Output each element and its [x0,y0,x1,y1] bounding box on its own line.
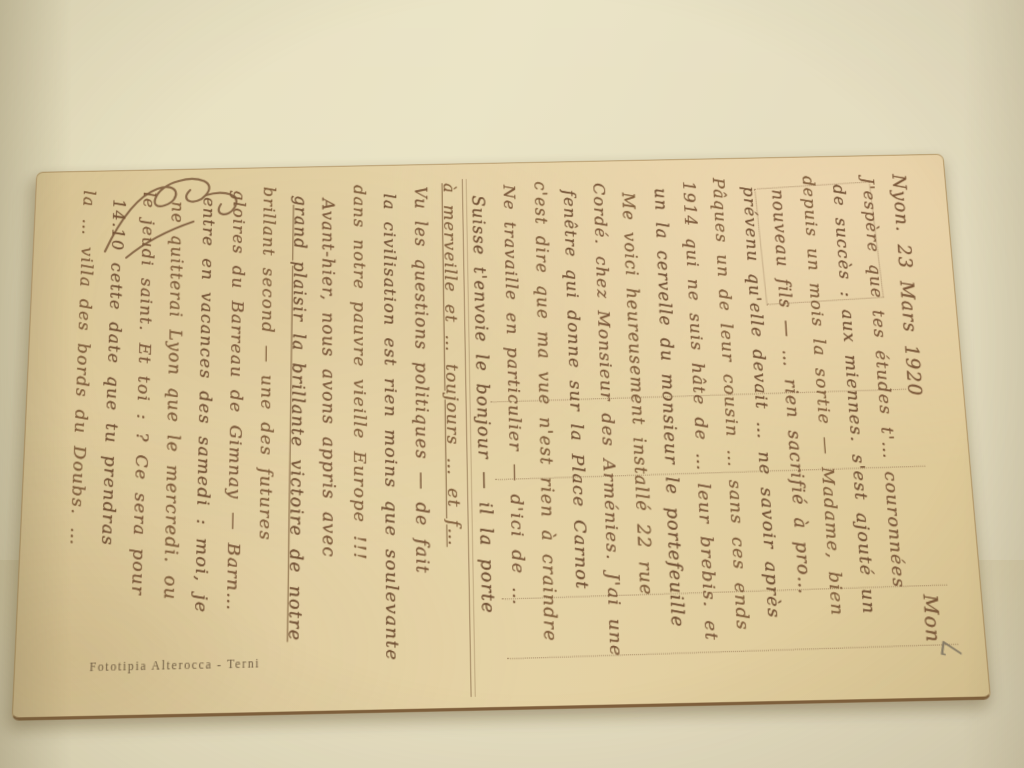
signature-flourish [87,166,274,268]
handwriting-line: grand plaisir la brillante victoire de n… [277,195,315,697]
postcard: Fototipia Alterocca - Terni Nyon. 23 Mar… [12,154,991,721]
handwriting-line: Vu les questions politiques — de fait [404,186,437,694]
handwriting-line: dans notre pauvre vieille Europe !!! [343,185,375,696]
photo-background: Fototipia Alterocca - Terni Nyon. 23 Mar… [0,0,1024,768]
handwriting-line: la civilisation est rien moins que soule… [373,193,407,695]
handwriting-line: Avant-hier, nous avons appris avec [312,198,344,696]
